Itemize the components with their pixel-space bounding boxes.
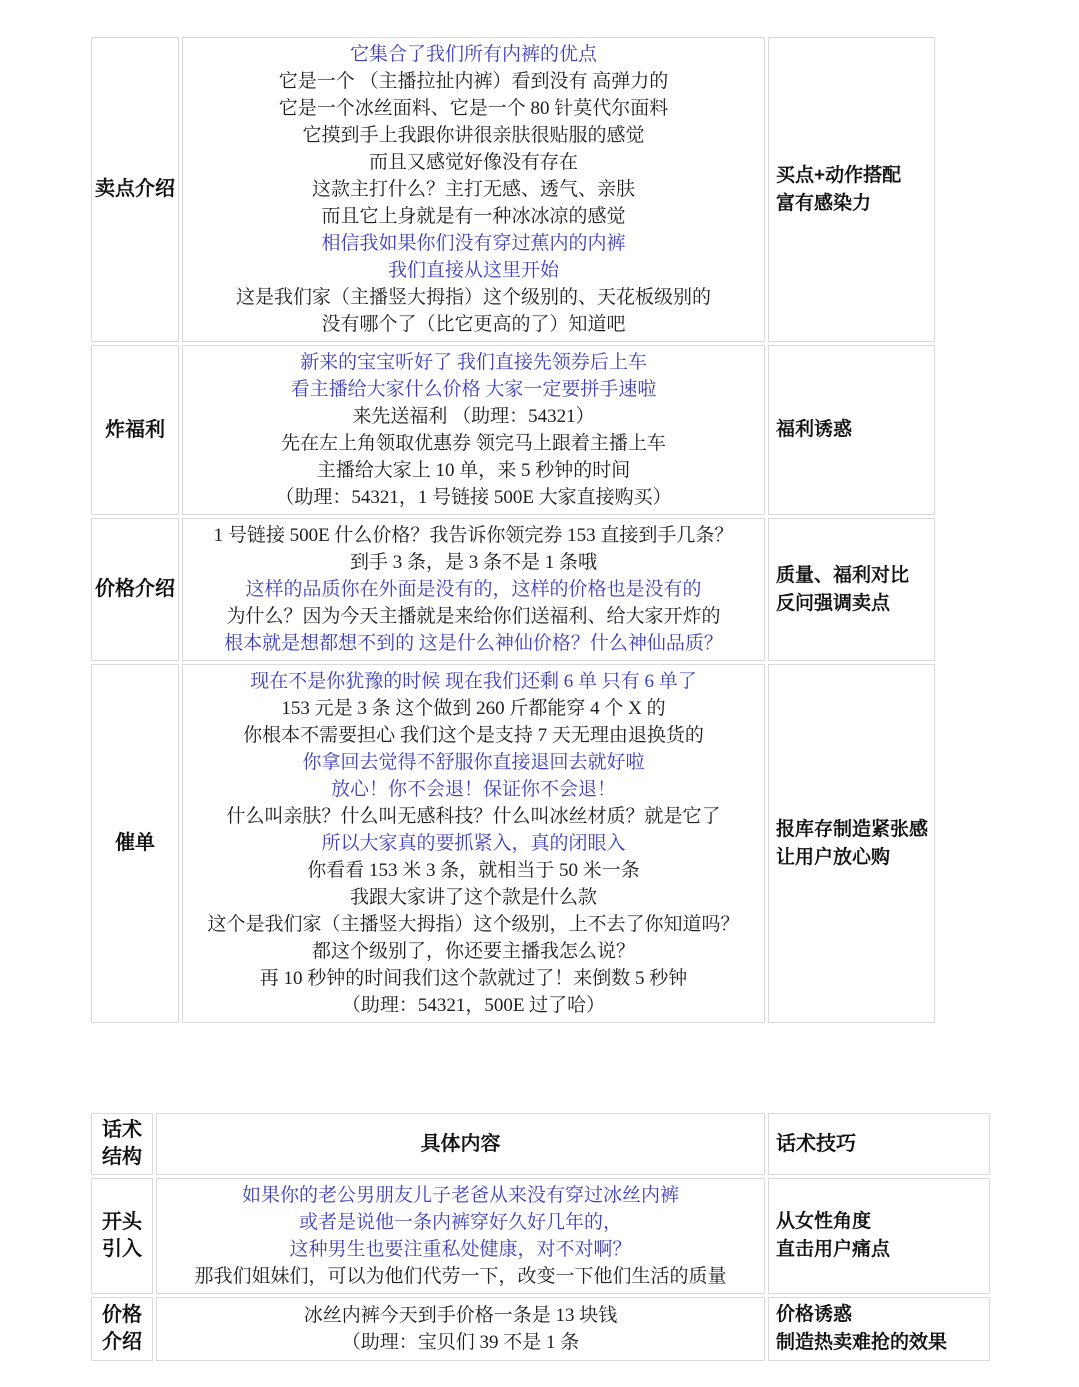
script-line: （助理：宝贝们 39 不是 1 条 xyxy=(159,1329,762,1356)
script-line: 我们直接从这里开始 xyxy=(185,257,762,284)
table-row: 卖点介绍它集合了我们所有内裤的优点它是一个 （主播拉扯内裤）看到没有 高弹力的它… xyxy=(91,37,935,342)
script-line: 这个是我们家（主播竖大拇指）这个级别，上不去了你知道吗？ xyxy=(185,911,762,938)
script-line: 这样的品质你在外面是没有的，这样的价格也是没有的 xyxy=(185,576,762,603)
script-line: 153 元是 3 条 这个做到 260 斤都能穿 4 个 X 的 xyxy=(185,695,762,722)
structure-table-body: 开头引入如果你的老公男朋友儿子老爸从来没有穿过冰丝内裤或者是说他一条内裤穿好久好… xyxy=(91,1178,990,1361)
script-line: 它集合了我们所有内裤的优点 xyxy=(185,41,762,68)
script-line: 或者是说他一条内裤穿好久好几年的， xyxy=(159,1209,762,1236)
script-line: 我跟大家讲了这个款是什么款 xyxy=(185,884,762,911)
script-line: 主播给大家上 10 单，来 5 秒钟的时间 xyxy=(185,457,762,484)
table-row: 价格介绍冰丝内裤今天到手价格一条是 13 块钱（助理：宝贝们 39 不是 1 条… xyxy=(91,1297,990,1361)
technique-line: 直击用户痛点 xyxy=(776,1236,987,1264)
script-line: 现在不是你犹豫的时候 现在我们还剩 6 单 只有 6 单了 xyxy=(185,668,762,695)
technique-cell: 买点+动作搭配富有感染力 xyxy=(768,37,935,342)
row-label: 卖点介绍 xyxy=(91,37,179,342)
script-line: 都这个级别了，你还要主播我怎么说？ xyxy=(185,938,762,965)
technique-cell: 从女性角度直击用户痛点 xyxy=(768,1178,990,1294)
technique-line: 报库存制造紧张感 xyxy=(776,816,932,844)
header-structure: 话术结构 xyxy=(91,1113,153,1175)
header-row: 话术结构 具体内容 话术技巧 xyxy=(91,1113,990,1175)
script-content-cell: 它集合了我们所有内裤的优点它是一个 （主播拉扯内裤）看到没有 高弹力的它是一个冰… xyxy=(182,37,765,342)
script-line: （助理：54321，500E 过了哈） xyxy=(185,992,762,1019)
row-label: 炸福利 xyxy=(91,345,179,515)
script-line: 这款主打什么？主打无感、透气、亲肤 xyxy=(185,176,762,203)
row-label: 催单 xyxy=(91,664,179,1023)
table-row: 催单现在不是你犹豫的时候 现在我们还剩 6 单 只有 6 单了153 元是 3 … xyxy=(91,664,935,1023)
script-line: 放心！你不会退！保证你不会退！ xyxy=(185,776,762,803)
script-line: （助理：54321，1 号链接 500E 大家直接购买） xyxy=(185,484,762,511)
script-content-cell: 1 号链接 500E 什么价格？我告诉你领完券 153 直接到手几条？到手 3 … xyxy=(182,518,765,661)
technique-line: 让用户放心购 xyxy=(776,844,932,872)
script-line: 什么叫亲肤？什么叫无感科技？什么叫冰丝材质？就是它了 xyxy=(185,803,762,830)
technique-line: 价格诱惑 xyxy=(776,1301,987,1329)
script-line: 它是一个 （主播拉扯内裤）看到没有 高弹力的 xyxy=(185,68,762,95)
script-content-cell: 如果你的老公男朋友儿子老爸从来没有穿过冰丝内裤或者是说他一条内裤穿好久好几年的，… xyxy=(156,1178,765,1294)
script-line: 所以大家真的要抓紧入，真的闭眼入 xyxy=(185,830,762,857)
script-line: 而且它上身就是有一种冰冰凉的感觉 xyxy=(185,203,762,230)
structure-table-header: 话术结构 具体内容 话术技巧 xyxy=(91,1113,990,1175)
script-line: 看主播给大家什么价格 大家一定要拼手速啦 xyxy=(185,376,762,403)
sales-script-table-body: 卖点介绍它集合了我们所有内裤的优点它是一个 （主播拉扯内裤）看到没有 高弹力的它… xyxy=(91,37,935,1023)
technique-line: 富有感染力 xyxy=(776,190,932,218)
technique-line: 质量、福利对比 xyxy=(776,562,932,590)
technique-cell: 报库存制造紧张感让用户放心购 xyxy=(768,664,935,1023)
technique-cell: 价格诱惑制造热卖难抢的效果 xyxy=(768,1297,990,1361)
script-line: 它摸到手上我跟你讲很亲肤很贴服的感觉 xyxy=(185,122,762,149)
script-line: 而且又感觉好像没有存在 xyxy=(185,149,762,176)
table-row: 炸福利新来的宝宝听好了 我们直接先领券后上车看主播给大家什么价格 大家一定要拼手… xyxy=(91,345,935,515)
technique-line: 福利诱惑 xyxy=(776,416,932,444)
script-structure-table: 话术结构 具体内容 话术技巧 开头引入如果你的老公男朋友儿子老爸从来没有穿过冰丝… xyxy=(88,1110,993,1364)
script-line: 新来的宝宝听好了 我们直接先领券后上车 xyxy=(185,349,762,376)
script-content-cell: 现在不是你犹豫的时候 现在我们还剩 6 单 只有 6 单了153 元是 3 条 … xyxy=(182,664,765,1023)
script-line: 你根本不需要担心 我们这个是支持 7 天无理由退换货的 xyxy=(185,722,762,749)
technique-line: 从女性角度 xyxy=(776,1208,987,1236)
row-label: 价格介绍 xyxy=(91,518,179,661)
technique-line: 反问强调卖点 xyxy=(776,590,932,618)
script-line: 那我们姐妹们，可以为他们代劳一下，改变一下他们生活的质量 xyxy=(159,1263,762,1290)
row-label: 价格介绍 xyxy=(91,1297,153,1361)
header-content: 具体内容 xyxy=(156,1113,765,1175)
script-line: 这是我们家（主播竖大拇指）这个级别的、天花板级别的 xyxy=(185,284,762,311)
technique-cell: 质量、福利对比反问强调卖点 xyxy=(768,518,935,661)
script-line: 你看看 153 米 3 条，就相当于 50 米一条 xyxy=(185,857,762,884)
script-line: 1 号链接 500E 什么价格？我告诉你领完券 153 直接到手几条？ xyxy=(185,522,762,549)
script-line: 你拿回去觉得不舒服你直接退回去就好啦 xyxy=(185,749,762,776)
script-line: 冰丝内裤今天到手价格一条是 13 块钱 xyxy=(159,1302,762,1329)
script-line: 根本就是想都想不到的 这是什么神仙价格？什么神仙品质？ xyxy=(185,630,762,657)
script-line: 它是一个冰丝面料、它是一个 80 针莫代尔面料 xyxy=(185,95,762,122)
script-line: 相信我如果你们没有穿过蕉内的内裤 xyxy=(185,230,762,257)
table-row: 价格介绍1 号链接 500E 什么价格？我告诉你领完券 153 直接到手几条？到… xyxy=(91,518,935,661)
table-row: 开头引入如果你的老公男朋友儿子老爸从来没有穿过冰丝内裤或者是说他一条内裤穿好久好… xyxy=(91,1178,990,1294)
technique-line: 制造热卖难抢的效果 xyxy=(776,1329,987,1357)
header-technique: 话术技巧 xyxy=(768,1113,990,1175)
script-line: 没有哪个了（比它更高的了）知道吧 xyxy=(185,311,762,338)
sales-script-table: 卖点介绍它集合了我们所有内裤的优点它是一个 （主播拉扯内裤）看到没有 高弹力的它… xyxy=(88,34,938,1026)
script-line: 如果你的老公男朋友儿子老爸从来没有穿过冰丝内裤 xyxy=(159,1182,762,1209)
script-line: 为什么？因为今天主播就是来给你们送福利、给大家开炸的 xyxy=(185,603,762,630)
row-label: 开头引入 xyxy=(91,1178,153,1294)
technique-line: 买点+动作搭配 xyxy=(776,162,932,190)
script-line: 到手 3 条，是 3 条不是 1 条哦 xyxy=(185,549,762,576)
script-line: 来先送福利 （助理：54321） xyxy=(185,403,762,430)
technique-cell: 福利诱惑 xyxy=(768,345,935,515)
script-line: 先在左上角领取优惠券 领完马上跟着主播上车 xyxy=(185,430,762,457)
script-line: 这种男生也要注重私处健康，对不对啊？ xyxy=(159,1236,762,1263)
script-content-cell: 冰丝内裤今天到手价格一条是 13 块钱（助理：宝贝们 39 不是 1 条 xyxy=(156,1297,765,1361)
script-line: 再 10 秒钟的时间我们这个款就过了！来倒数 5 秒钟 xyxy=(185,965,762,992)
script-content-cell: 新来的宝宝听好了 我们直接先领券后上车看主播给大家什么价格 大家一定要拼手速啦来… xyxy=(182,345,765,515)
